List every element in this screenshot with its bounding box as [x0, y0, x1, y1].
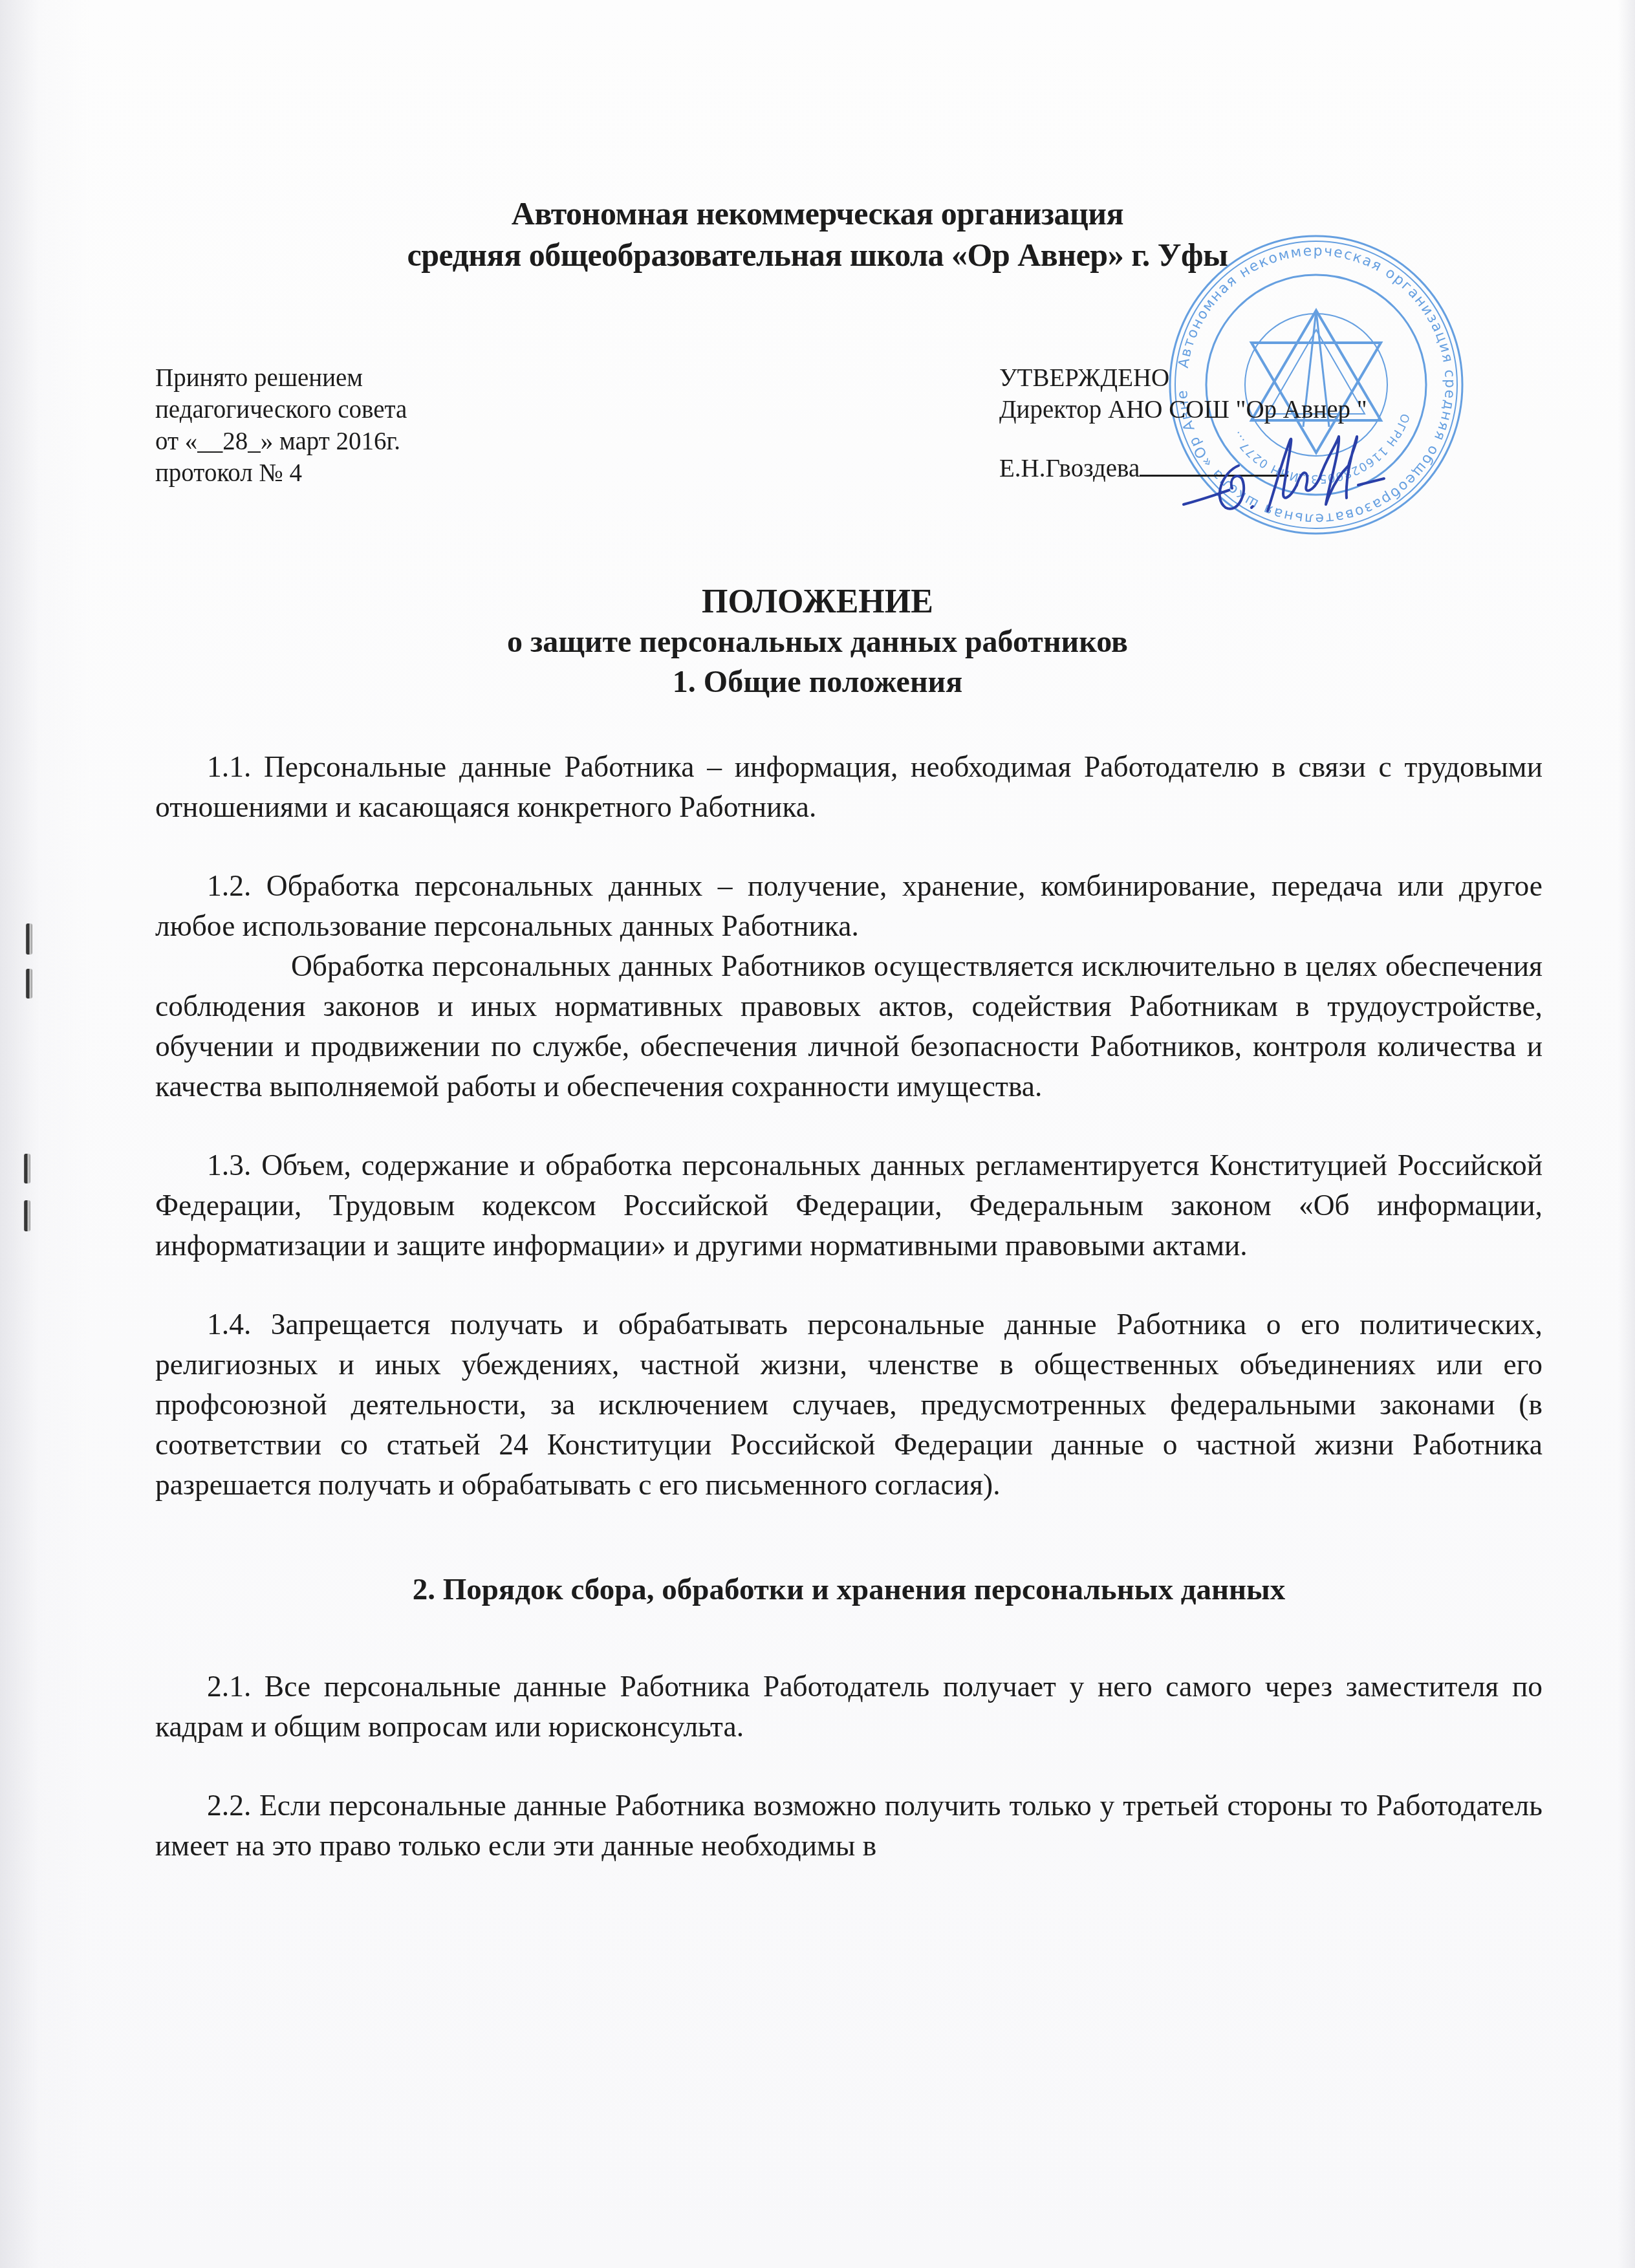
staple-icon [26, 969, 32, 999]
document-subtitle: о защите персональных данных работников [0, 622, 1635, 662]
approved-label: УТВЕРЖДЕНО [999, 362, 1367, 394]
adoption-line: педагогического совета [155, 394, 407, 426]
paragraph-1-1: 1.1. Персональные данные Работника – инф… [155, 747, 1543, 827]
paragraph-1-3: 1.3. Объем, содержание и обработка персо… [155, 1145, 1543, 1266]
signature-icon [1177, 427, 1410, 524]
section-heading-1: 1. Общие положения [0, 662, 1635, 702]
page-edge-shadow [1618, 0, 1635, 2268]
adoption-block: Принято решением педагогического совета … [155, 362, 407, 489]
org-name-line-1: Автономная некоммерческая организация [0, 193, 1635, 234]
staple-icon [24, 1154, 30, 1183]
director-name: Е.Н.Гвоздева [999, 455, 1140, 482]
paragraph-2-1: 2.1. Все персональные данные Работника Р… [155, 1667, 1543, 1747]
adoption-protocol: протокол № 4 [155, 457, 407, 489]
document-title: ПОЛОЖЕНИЕ [0, 582, 1635, 622]
document-body: 1.1. Персональные данные Работника – инф… [155, 747, 1543, 1905]
director-position: Директор АНО СОШ "Ор Авнер " [999, 394, 1367, 426]
staple-icon [24, 1200, 30, 1231]
adoption-line: Принято решением [155, 362, 407, 394]
section-heading-2: 2. Порядок сбора, обработки и хранения п… [155, 1570, 1543, 1610]
paragraph-1-4: 1.4. Запрещается получать и обрабатывать… [155, 1304, 1543, 1505]
adoption-date: от «__28_» март 2016г. [155, 426, 407, 457]
document-title-block: ПОЛОЖЕНИЕ о защите персональных данных р… [0, 582, 1635, 702]
paragraph-1-2-continued: Обработка персональных данных Работников… [155, 946, 1543, 1107]
staple-icon [26, 923, 32, 955]
paragraph-1-2: 1.2. Обработка персональных данных – пол… [155, 866, 1543, 946]
paragraph-2-2: 2.2. Если персональные данные Работника … [155, 1786, 1543, 1866]
